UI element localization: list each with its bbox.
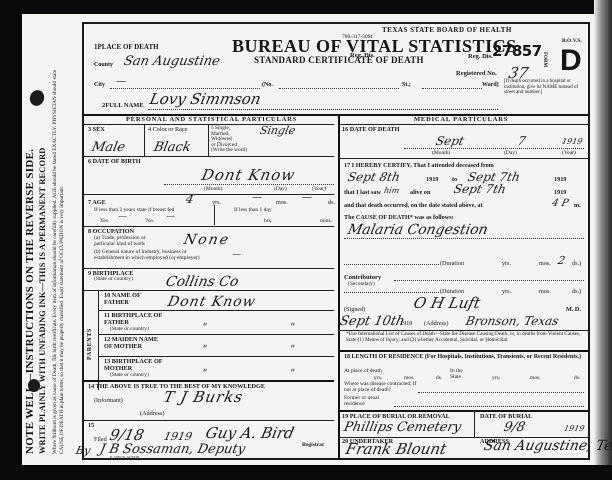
- residence-label: 18 LENGTH OF RESIDENCE (For Hospitals, I…: [344, 354, 584, 361]
- by-label: By: [75, 444, 92, 457]
- county-label: County: [94, 62, 113, 69]
- former-residence-label: Former or usual residence: [344, 396, 394, 407]
- birthplace-value: Collins Co: [164, 274, 240, 290]
- note-well-text: NOTE WELL—INSTRUCTIONS ON THE REVERSE SI…: [24, 149, 36, 454]
- center-divider: [338, 114, 340, 460]
- yes-value: —: [117, 212, 128, 222]
- age-months-label: mos.: [276, 199, 288, 206]
- age-label: 7 AGE: [88, 199, 106, 206]
- divider: [474, 410, 475, 438]
- contributory-sub-label: (Secondary): [348, 281, 375, 288]
- divider: [208, 124, 209, 156]
- cause-of-death-label: The CAUSE OF DEATH* was as follows:: [344, 214, 454, 221]
- last-saw-pronoun: him: [383, 186, 400, 195]
- personal-section-header: PERSONAL AND STATISTICAL PARTICULARS: [126, 116, 297, 123]
- death-year-label: (Year): [562, 150, 576, 157]
- marital-label: 5 Single,Married,Widowedor Divorced(Writ…: [211, 126, 247, 154]
- undertaker-address-value: San Augustine, Texas: [482, 438, 612, 454]
- cause-footnote: *Use International List of Causes of Dea…: [346, 332, 586, 344]
- no-value: —: [165, 212, 176, 222]
- alive-on-year: 1919: [554, 189, 566, 196]
- parents-label: PARENTS: [87, 328, 93, 360]
- yes-label: Yes: [100, 218, 108, 225]
- city-line: [110, 88, 260, 89]
- contributory-line: [394, 280, 584, 281]
- age-days-label: ds.: [328, 199, 335, 206]
- marital-value: Single: [259, 124, 297, 137]
- dob-value: Dont Know: [200, 166, 297, 184]
- mother-birthplace-value: " ": [201, 368, 336, 379]
- medical-section-header: MEDICAL PARTICULARS: [414, 116, 508, 123]
- dob-label: 6 DATE OF BIRTH: [88, 158, 141, 165]
- mother-birthplace-sub: (State or country): [110, 372, 149, 379]
- contracted-label: Where was disease contracted, if not at …: [344, 382, 424, 393]
- duration-days-value: 2: [557, 254, 567, 267]
- age-months-value: —: [251, 192, 263, 203]
- registrar-signature: Guy A. Bird: [204, 424, 296, 442]
- death-time-value: 4 P: [551, 198, 570, 209]
- burial-place-value: Phillips Cemetery: [342, 420, 462, 435]
- father-birthplace-sub: (State or country): [110, 326, 149, 333]
- alive-on-value: Sept 7th: [453, 182, 508, 196]
- former-residence-line: [394, 406, 584, 407]
- divider: [84, 420, 334, 421]
- physician-signature: O H Luft: [412, 294, 482, 312]
- write-plainly-text: WRITE PLAINLY WITH UNFADING INK—THIS IS …: [38, 148, 47, 455]
- divider: [84, 226, 334, 227]
- divider: [98, 310, 334, 311]
- last-saw-label: that I last saw: [344, 189, 381, 196]
- filed-number: 15: [88, 422, 94, 429]
- sex-value: Male: [90, 140, 126, 155]
- occupation-label: 8 OCCUPATION: [88, 228, 134, 235]
- death-day-value: 7: [517, 134, 528, 148]
- attended-from-value: Sept 8th: [347, 170, 402, 184]
- registered-no-label: Registered No.: [456, 70, 497, 77]
- occupation-a-value: None: [182, 232, 231, 248]
- death-time-m: m.: [574, 202, 581, 209]
- divider: [84, 194, 334, 195]
- cause-of-death-value: Malaria Congestion: [346, 222, 489, 238]
- sex-label: 3 SEX: [88, 126, 105, 133]
- contracted-line: [418, 392, 584, 393]
- mother-name-value: " ": [201, 344, 336, 355]
- burial-place-label: 19 PLACE OF BURIAL OR REMOVAL: [342, 413, 450, 420]
- reg-dis-label-2: Reg. Dis.: [468, 53, 493, 60]
- duration-years-label-2: yrs.: [502, 288, 511, 295]
- death-date-line: [404, 148, 584, 149]
- physician-address-label: (Address): [424, 320, 448, 327]
- divider: [338, 158, 588, 159]
- less-than-day-label: If less than 1 day: [234, 207, 272, 214]
- at-place-label: At place of death: [344, 369, 384, 375]
- divider: [84, 290, 334, 291]
- duration-months-label: mos.: [539, 260, 551, 267]
- death-month-label: (Month): [432, 150, 450, 157]
- informant-label: (Informant): [94, 397, 123, 404]
- burial-year: 1919: [563, 424, 585, 433]
- color-label: 4 Color or Race: [148, 126, 187, 133]
- color-value: Black: [152, 140, 192, 155]
- reg-dis-label: Reg. Dis.: [350, 52, 375, 59]
- scan-edge-shadow: [594, 0, 612, 480]
- no-label: No.: [146, 218, 154, 225]
- occupation-b-value: —: [231, 250, 242, 260]
- certificate-subtitle: STANDARD CERTIFICATE OF DEATH: [254, 57, 424, 64]
- age-days-value: —: [301, 192, 313, 203]
- county-value: San Augustine: [122, 54, 221, 69]
- hours-label: hrs.: [264, 218, 272, 225]
- printer-mark: E. STECK, AUSTIN: [110, 454, 139, 461]
- registrar-label: Registrar: [302, 442, 324, 449]
- duration-months-label-2: mos.: [539, 288, 551, 295]
- attended-from-year: 1919: [426, 176, 438, 183]
- divider: [214, 205, 215, 225]
- city-label: City: [94, 82, 105, 89]
- address-label: (Address): [140, 410, 164, 417]
- duration-line-2: [344, 292, 439, 293]
- date-of-death-label: 16 DATE OF DEATH: [342, 126, 399, 133]
- in-state-label: In the State: [450, 369, 474, 380]
- stillborn-instructions: Where Stillborn is given as cause of Dea…: [52, 54, 66, 454]
- dob-year-label: (Year): [312, 186, 326, 193]
- signed-year: 1919: [400, 320, 412, 327]
- birthplace-sub-label: (State or country): [94, 276, 133, 283]
- form-label: FORM: [541, 52, 548, 67]
- dob-month-label: (Month): [204, 186, 222, 193]
- full-name-line: [148, 109, 498, 110]
- duration-label: (Duration: [440, 260, 464, 267]
- divider: [338, 350, 588, 352]
- divider: [338, 410, 588, 412]
- cause-line: [344, 238, 584, 239]
- burial-date-label: DATE OF BURIAL: [480, 413, 532, 420]
- ward-label: Ward): [482, 82, 499, 89]
- in-state-years: yrs.: [492, 375, 500, 382]
- death-certificate-form: 780-317-50M TEXAS STATE BOARD OF HEALTH …: [82, 22, 590, 460]
- md-label: M. D.: [566, 306, 581, 313]
- street-number-label: (No.: [262, 82, 273, 89]
- signed-date-value: Sept 10th: [338, 314, 406, 329]
- in-state-days: ds.: [574, 375, 580, 382]
- divider: [98, 356, 334, 357]
- ward-line: [422, 88, 482, 89]
- breast-fed-label: If less than 2 years state if breast fed: [94, 207, 174, 214]
- father-name-label: 10 NAME OF FATHER: [104, 292, 154, 306]
- certify-label: 17 I HEREBY CERTIFY, That I attended dec…: [344, 162, 494, 169]
- contributory-label: Contributory: [344, 274, 381, 281]
- death-month-value: Sept: [435, 134, 466, 148]
- age-years-value: 4: [185, 192, 196, 206]
- ink-blot-icon: [28, 88, 47, 108]
- occupation-b-label: (b) General nature of industry, business…: [94, 249, 212, 261]
- informant-value: T J Burks: [162, 388, 245, 406]
- scan-bottom-edge: [0, 465, 612, 480]
- father-name-value: Dont Know: [166, 294, 257, 310]
- father-birthplace-label: 11 BIRTHPLACE OF FATHER: [104, 312, 164, 326]
- burial-date-value: 9/8: [502, 420, 526, 435]
- full-name-value: Lovy Simmson: [148, 90, 262, 108]
- divider: [98, 334, 334, 335]
- divider: [338, 124, 588, 125]
- divider: [84, 156, 334, 157]
- father-birthplace-value: " ": [201, 322, 336, 333]
- reg-dis-value: 27857: [492, 48, 542, 55]
- divider: [84, 268, 334, 269]
- divider: [84, 380, 334, 382]
- death-year-value: 1919: [561, 137, 583, 146]
- registered-no-value: 37: [507, 64, 530, 82]
- duration-line: [344, 264, 439, 265]
- divider: [98, 290, 99, 390]
- in-state-months: mos.: [530, 375, 541, 382]
- at-place-days: ds.: [436, 375, 442, 382]
- street-line: [279, 88, 399, 89]
- duration-days-label-2: ds.): [572, 288, 581, 295]
- minutes-label: mins.: [320, 218, 332, 225]
- physician-address-value: Bronson, Texas: [465, 314, 560, 328]
- duration-years-label: yrs.: [502, 260, 511, 267]
- city-value: —: [115, 76, 127, 87]
- duration-days-label: ds.): [572, 260, 581, 267]
- full-name-label: 2FULL NAME: [102, 102, 144, 109]
- mother-birthplace-label: 13 BIRTHPLACE OF MOTHER: [104, 358, 164, 372]
- street-label: St.;: [402, 82, 411, 89]
- form-letter: D: [560, 46, 582, 76]
- undertaker-value: Frank Blount: [344, 440, 448, 458]
- dob-day-label: (Day): [274, 186, 287, 193]
- side-instructions: NOTE WELL—INSTRUCTIONS ON THE REVERSE SI…: [22, 24, 80, 464]
- divider: [144, 124, 145, 156]
- death-day-label: (Day): [504, 150, 517, 157]
- place-of-death-label: 1PLACE OF DEATH: [94, 44, 159, 51]
- mother-name-label: 12 MAIDEN NAME OF MOTHER: [104, 336, 164, 350]
- dob-line: [164, 184, 334, 185]
- death-occurred-label: and that death occurred, on the date sta…: [344, 202, 483, 209]
- board-name: TEXAS STATE BOARD OF HEALTH: [382, 27, 512, 34]
- alive-on-label: alive on: [410, 189, 430, 196]
- occupation-a-label: (a) Trade, profession or particular kind…: [94, 235, 164, 247]
- signed-label: (Signed): [344, 306, 365, 313]
- attended-to-year: 1919: [554, 176, 566, 183]
